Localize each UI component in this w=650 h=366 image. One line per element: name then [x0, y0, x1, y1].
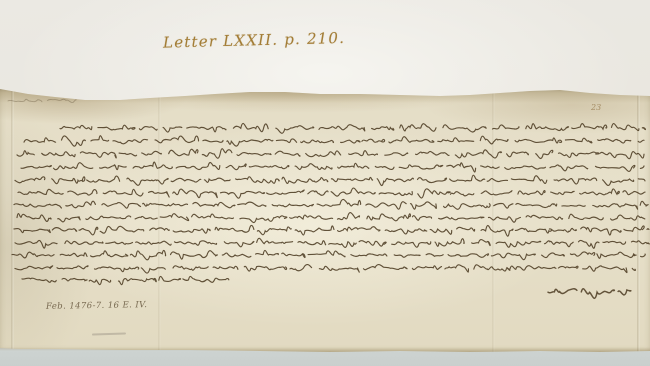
letter-document: 23 Feb. 1476-7. 16 E. IV. [0, 86, 650, 354]
date-annotation: Feb. 1476-7. 16 E. IV. [46, 300, 147, 312]
header-inscription: Letter LXXII. p. 210. [163, 28, 363, 51]
letter-top-edge [0, 86, 650, 103]
fold-crease [637, 86, 640, 354]
fold-crease [492, 86, 495, 354]
manuscript-photograph: Letter LXXII. p. 210. 23 Feb. 1476-7. 16… [0, 0, 650, 366]
fold-crease [11, 86, 14, 354]
fold-crease [158, 86, 161, 354]
folio-number: 23 [591, 103, 601, 112]
pencil-smudge [92, 332, 126, 335]
